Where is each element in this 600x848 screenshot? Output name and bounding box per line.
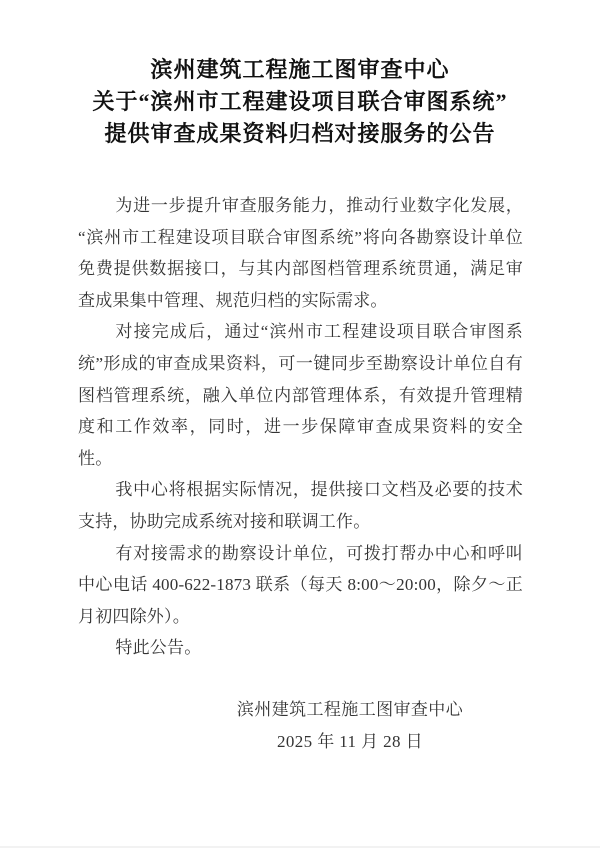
title-line-2: 关于“滨州市工程建设项目联合审图系统” (40, 86, 560, 118)
signature-date: 2025 年 11 月 28 日 (100, 726, 600, 758)
title-line-3: 提供审查成果资料归档对接服务的公告 (40, 118, 560, 150)
title-line-1: 滨州建筑工程施工图审查中心 (40, 54, 560, 86)
paragraph-technical-support: 我中心将根据实际情况，提供接口文档及必要的技术支持，协助完成系统对接和联调工作。 (78, 474, 523, 537)
paragraph-closing: 特此公告。 (78, 632, 523, 664)
paragraph-sync-benefits: 对接完成后，通过“滨州市工程建设项目联合审图系统”形成的审查成果资料，可一键同步… (78, 316, 523, 474)
signature-block: 滨州建筑工程施工图审查中心 2025 年 11 月 28 日 (100, 694, 600, 757)
document-title: 滨州建筑工程施工图审查中心 关于“滨州市工程建设项目联合审图系统” 提供审查成果… (40, 54, 560, 150)
announcement-document: 滨州建筑工程施工图审查中心 关于“滨州市工程建设项目联合审图系统” 提供审查成果… (0, 0, 600, 848)
signature-organization: 滨州建筑工程施工图审查中心 (100, 694, 600, 726)
paragraph-contact-info: 有对接需求的勘察设计单位，可拨打帮办中心和呼叫中心电话 400-622-1873… (78, 538, 523, 633)
document-body: 为进一步提升审查服务能力，推动行业数字化发展，“滨州市工程建设项目联合审图系统”… (0, 190, 600, 664)
paragraph-intro: 为进一步提升审查服务能力，推动行业数字化发展，“滨州市工程建设项目联合审图系统”… (78, 190, 523, 316)
